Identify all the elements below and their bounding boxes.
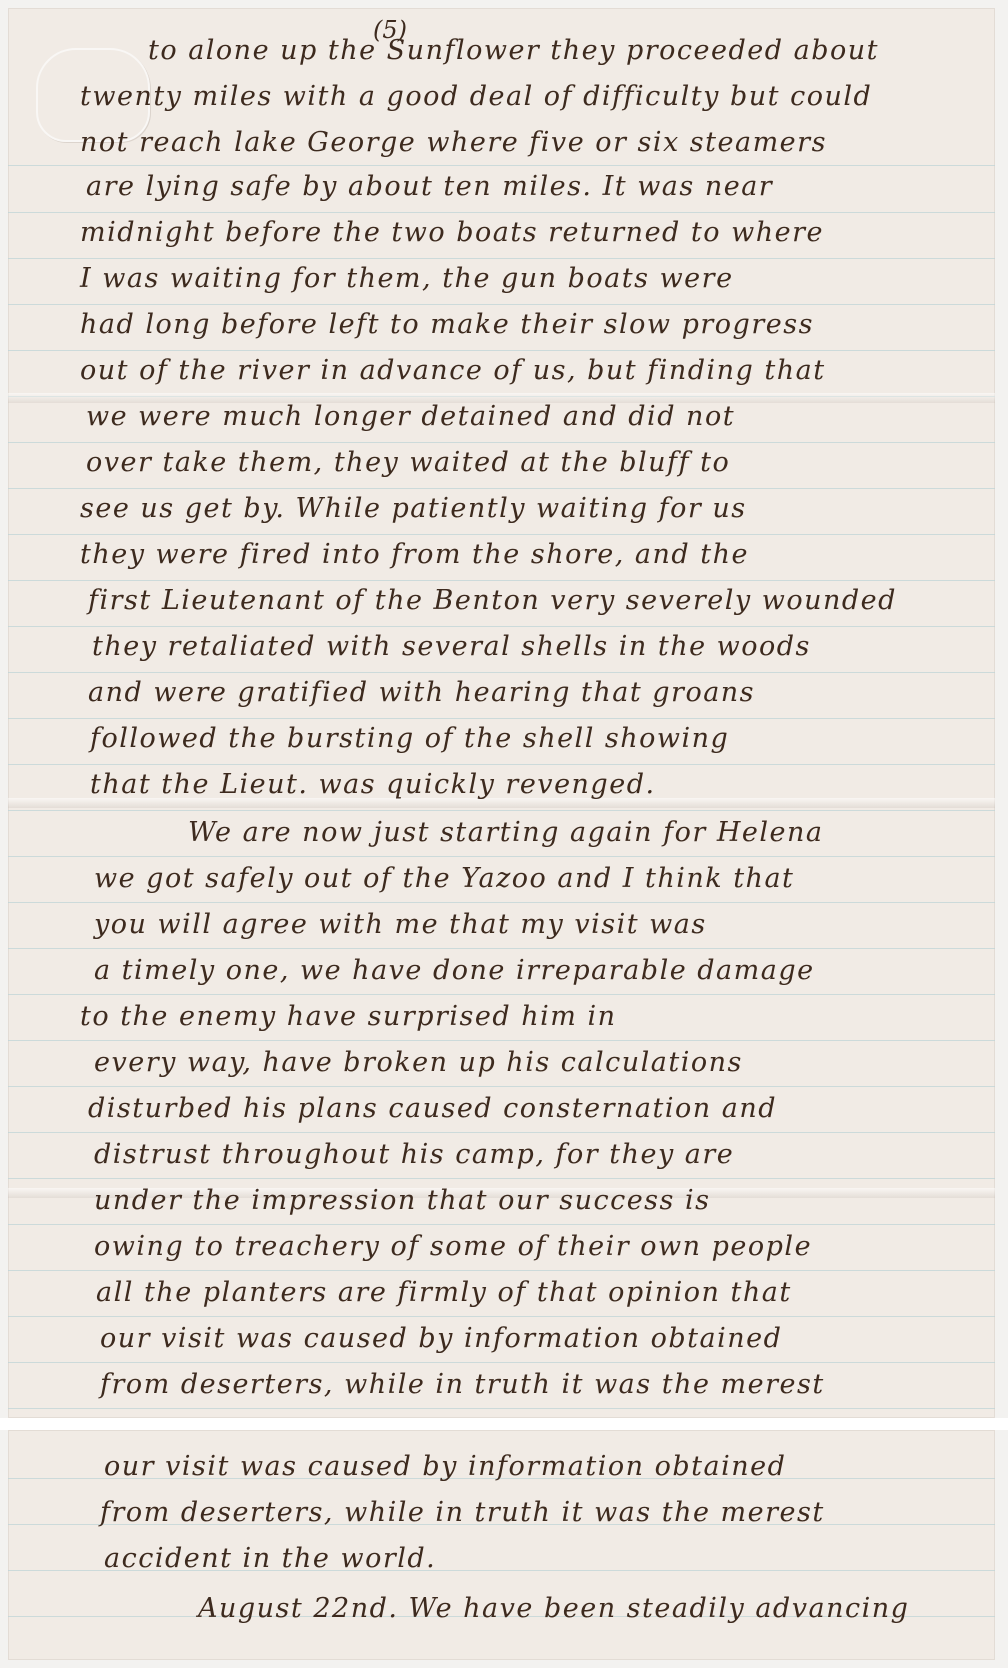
ruled-line — [8, 1408, 995, 1409]
ruled-line — [8, 1224, 995, 1225]
text-line: every way, have broken up his calculatio… — [94, 1048, 1008, 1078]
text-line: to the enemy have surprised him in — [80, 1002, 1008, 1032]
ruled-line — [8, 1362, 995, 1363]
text-line: are lying safe by about ten miles. It wa… — [86, 172, 1008, 202]
ruled-line — [8, 212, 995, 213]
ruled-line — [8, 1086, 995, 1087]
ruled-line — [8, 534, 995, 535]
text-line: over take them, they waited at the bluff… — [86, 448, 1008, 478]
text-line: accident in the world. — [104, 1544, 1008, 1574]
ruled-line — [8, 350, 995, 351]
text-line: followed the bursting of the shell showi… — [90, 724, 1008, 754]
ruled-line — [8, 1132, 995, 1133]
ruled-line — [8, 626, 995, 627]
ruled-line — [8, 580, 995, 581]
text-line: from deserters, while in truth it was th… — [100, 1370, 1008, 1400]
text-line: first Lieutenant of the Benton very seve… — [88, 586, 1008, 616]
text-line: had long before left to make their slow … — [80, 310, 1008, 340]
text-line: August 22nd. We have been steadily advan… — [198, 1594, 1008, 1624]
ruled-line — [8, 718, 995, 719]
ruled-line — [8, 1178, 995, 1179]
text-line: see us get by. While patiently waiting f… — [80, 494, 1008, 524]
ruled-line — [8, 764, 995, 765]
ruled-line — [8, 948, 995, 949]
ruled-line — [8, 994, 995, 995]
letter-page: (5) to alone up the Sunflower they proce… — [8, 8, 995, 1418]
ruled-line — [8, 442, 995, 443]
ruled-line — [8, 304, 995, 305]
text-line: we were much longer detained and did not — [86, 402, 1008, 432]
text-line: they were fired into from the shore, and… — [80, 540, 1008, 570]
text-line: I was waiting for them, the gun boats we… — [80, 264, 1008, 294]
letter-page-continuation: our visit was caused by information obta… — [8, 1430, 995, 1660]
ruled-line — [8, 488, 995, 489]
text-line: distrust throughout his camp, for they a… — [94, 1140, 1008, 1170]
text-line: not reach lake George where five or six … — [80, 128, 1008, 158]
text-line: you will agree with me that my visit was — [94, 910, 1008, 940]
text-line: our visit was caused by information obta… — [104, 1452, 1008, 1482]
text-line: from deserters, while in truth it was th… — [100, 1498, 1008, 1528]
ruled-line — [8, 672, 995, 673]
text-line: disturbed his plans caused consternation… — [88, 1094, 1008, 1124]
scan-gap — [0, 1418, 1008, 1430]
ruled-line — [8, 856, 995, 857]
text-line: our visit was caused by information obta… — [100, 1324, 1008, 1354]
text-line: out of the river in advance of us, but f… — [80, 356, 1008, 386]
ruled-line — [8, 1040, 995, 1041]
text-line: we got safely out of the Yazoo and I thi… — [94, 864, 1008, 894]
text-line: to alone up the Sunflower they proceeded… — [148, 36, 1008, 66]
ruled-line — [8, 165, 995, 166]
text-line: We are now just starting again for Helen… — [188, 818, 1008, 848]
text-line: that the Lieut. was quickly revenged. — [90, 770, 1008, 800]
text-line: a timely one, we have done irreparable d… — [94, 956, 1008, 986]
text-line: midnight before the two boats returned t… — [80, 218, 1008, 248]
text-line: and were gratified with hearing that gro… — [88, 678, 1008, 708]
text-line: owing to treachery of some of their own … — [94, 1232, 1008, 1262]
text-line: they retaliated with several shells in t… — [92, 632, 1008, 662]
ruled-line — [8, 1316, 995, 1317]
text-line: under the impression that our success is — [94, 1186, 1008, 1216]
ruled-line — [8, 902, 995, 903]
text-line: all the planters are firmly of that opin… — [96, 1278, 1008, 1308]
ruled-line — [8, 810, 995, 811]
ruled-line — [8, 258, 995, 259]
ruled-line — [8, 1270, 995, 1271]
text-line: twenty miles with a good deal of difficu… — [80, 82, 1008, 112]
